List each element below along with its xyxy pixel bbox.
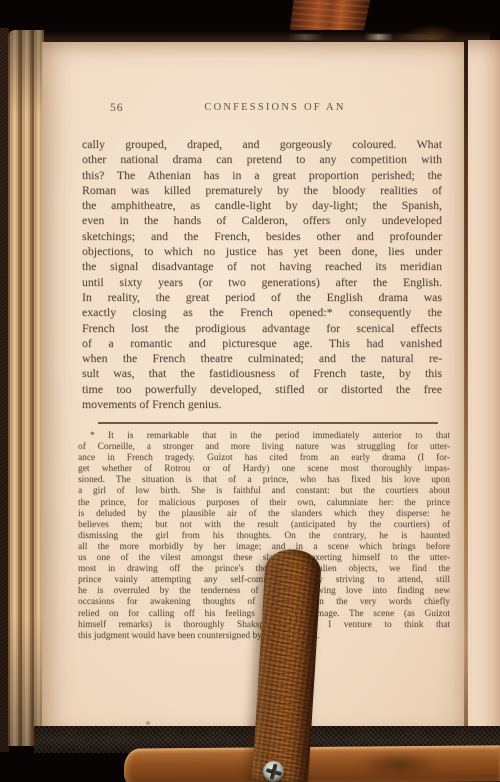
book-photo-scene: 56 CONFESSIONS OF AN cally grouped, drap… [0, 0, 500, 782]
page-header: 56 CONFESSIONS OF AN [82, 102, 442, 118]
body-text: cally grouped, draped, and gorgeously co… [82, 137, 442, 412]
gutter-crease [464, 40, 468, 730]
running-header: CONFESSIONS OF AN [178, 102, 345, 113]
top-edge-smudge [406, 25, 458, 42]
footnote-rule [98, 422, 438, 424]
wooden-rail [124, 745, 500, 782]
adjacent-page [467, 40, 500, 730]
page-speck [146, 721, 150, 725]
book-page: 56 CONFESSIONS OF AN cally grouped, drap… [42, 42, 466, 730]
page-number: 56 [110, 102, 124, 114]
phillips-screw [263, 761, 284, 782]
left-page-edges [8, 30, 44, 746]
